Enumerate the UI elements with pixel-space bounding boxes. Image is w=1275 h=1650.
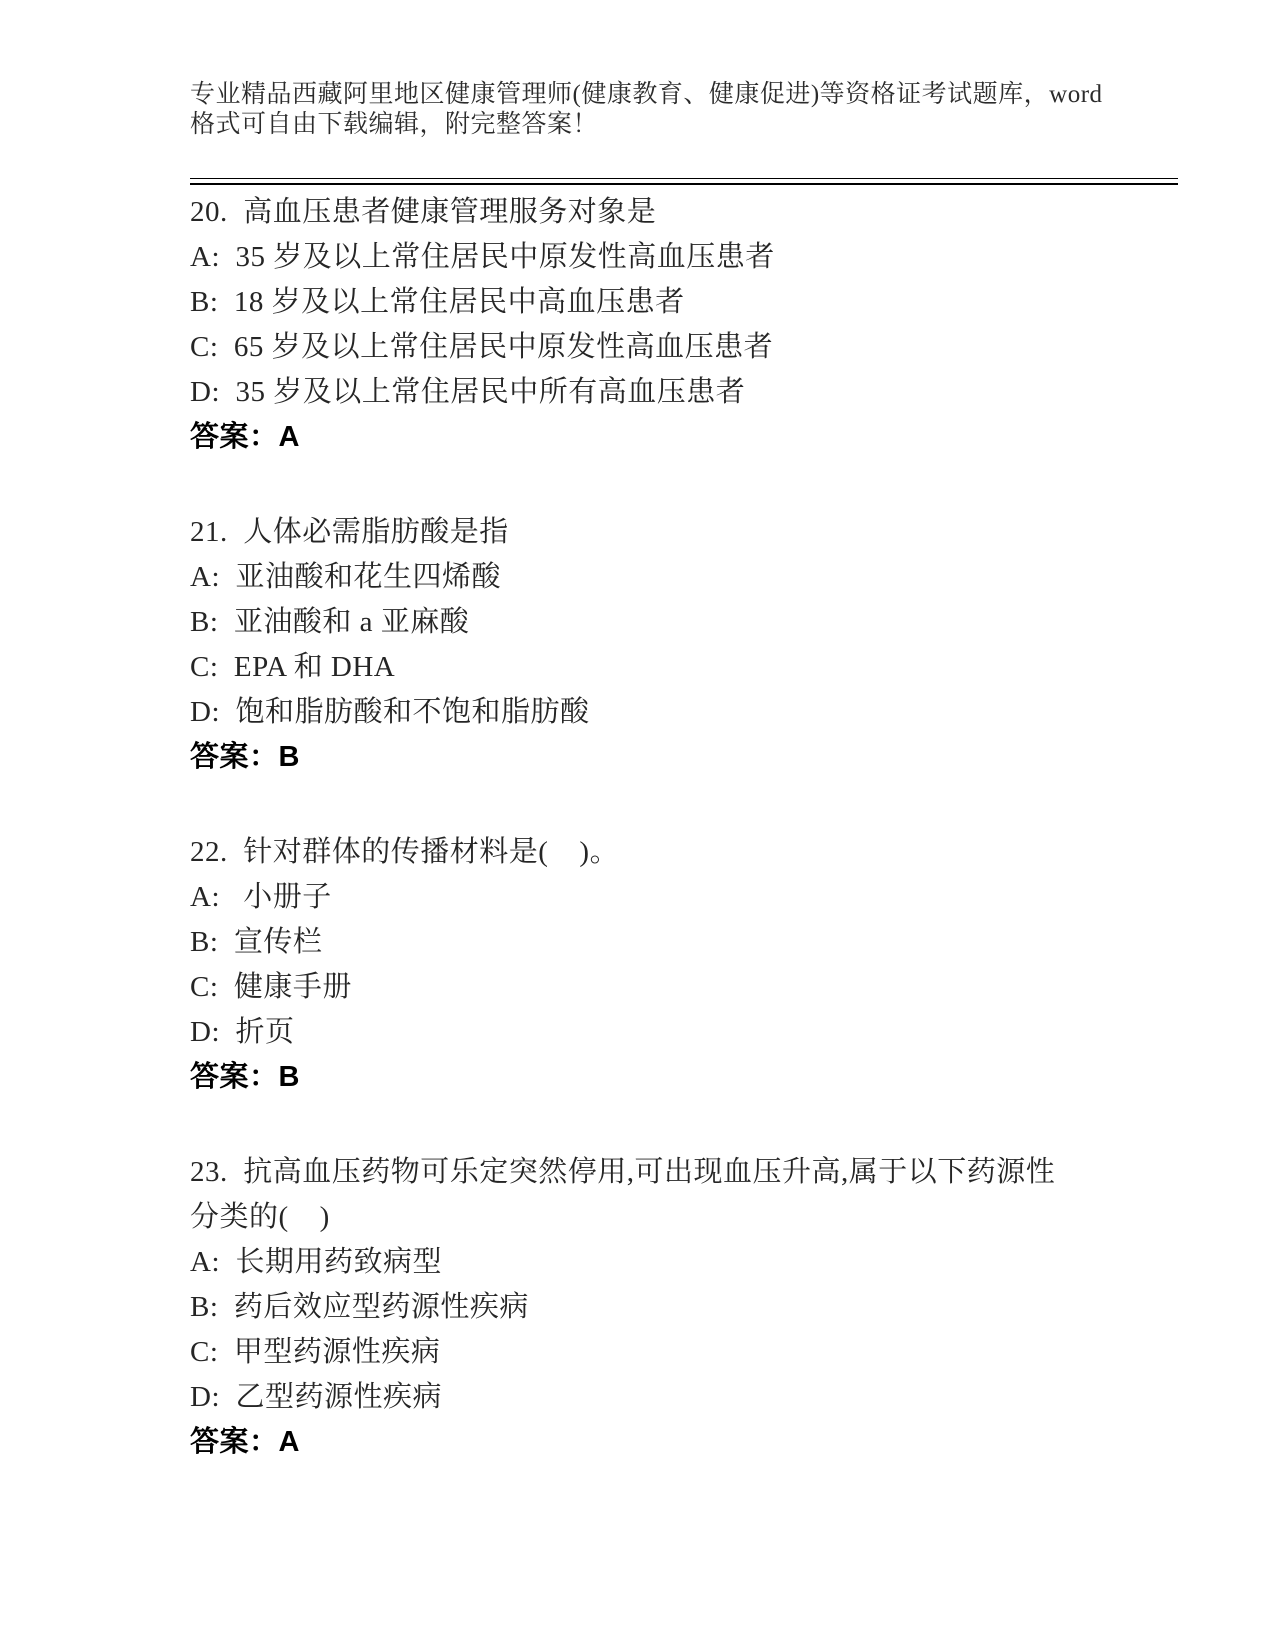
question-answer: 答案：A [190, 415, 1178, 460]
question-answer: 答案：A [190, 1420, 1178, 1465]
header-divider [190, 178, 1178, 185]
question-title: 分类的( ) [190, 1195, 1178, 1240]
question-title: 21. 人体必需脂肪酸是指 [190, 510, 1178, 555]
question-option: A: 亚油酸和花生四烯酸 [190, 555, 1178, 600]
question-title: 23. 抗高血压药物可乐定突然停用,可出现血压升高,属于以下药源性 [190, 1150, 1178, 1195]
question-option: A: 35 岁及以上常住居民中原发性高血压患者 [190, 235, 1178, 280]
question-option: C: 甲型药源性疾病 [190, 1330, 1178, 1375]
document-content: 专业精品西藏阿里地区健康管理师(健康教育、健康促进)等资格证考试题库，word格… [190, 0, 1178, 1465]
question-title: 22. 针对群体的传播材料是( )。 [190, 830, 1178, 875]
question-block: 22. 针对群体的传播材料是( )。A: 小册子B: 宣传栏C: 健康手册D: … [190, 830, 1178, 1100]
question-option: C: 65 岁及以上常住居民中原发性高血压患者 [190, 325, 1178, 370]
question-block: 21. 人体必需脂肪酸是指A: 亚油酸和花生四烯酸B: 亚油酸和 a 亚麻酸C:… [190, 510, 1178, 780]
question-block: 23. 抗高血压药物可乐定突然停用,可出现血压升高,属于以下药源性分类的( )A… [190, 1150, 1178, 1465]
question-option: B: 药后效应型药源性疾病 [190, 1285, 1178, 1330]
question-option: D: 折页 [190, 1010, 1178, 1055]
question-list: 20. 高血压患者健康管理服务对象是A: 35 岁及以上常住居民中原发性高血压患… [190, 190, 1178, 1465]
question-option: B: 宣传栏 [190, 920, 1178, 965]
question-answer: 答案：B [190, 735, 1178, 780]
question-option: C: 健康手册 [190, 965, 1178, 1010]
question-option: C: EPA 和 DHA [190, 645, 1178, 690]
question-answer: 答案：B [190, 1055, 1178, 1100]
question-option: B: 18 岁及以上常住居民中高血压患者 [190, 280, 1178, 325]
question-option: A: 小册子 [190, 875, 1178, 920]
question-option: D: 35 岁及以上常住居民中所有高血压患者 [190, 370, 1178, 415]
question-title: 20. 高血压患者健康管理服务对象是 [190, 190, 1178, 235]
question-option: B: 亚油酸和 a 亚麻酸 [190, 600, 1178, 645]
document-header: 专业精品西藏阿里地区健康管理师(健康教育、健康促进)等资格证考试题库，word格… [190, 80, 1178, 140]
question-option: D: 饱和脂肪酸和不饱和脂肪酸 [190, 690, 1178, 735]
question-option: A: 长期用药致病型 [190, 1240, 1178, 1285]
header-line: 格式可自由下载编辑，附完整答案！ [190, 110, 1178, 140]
header-line: 专业精品西藏阿里地区健康管理师(健康教育、健康促进)等资格证考试题库，word [190, 80, 1178, 110]
question-block: 20. 高血压患者健康管理服务对象是A: 35 岁及以上常住居民中原发性高血压患… [190, 190, 1178, 460]
question-option: D: 乙型药源性疾病 [190, 1375, 1178, 1420]
document-page: 专业精品西藏阿里地区健康管理师(健康教育、健康促进)等资格证考试题库，word格… [0, 0, 1275, 1650]
